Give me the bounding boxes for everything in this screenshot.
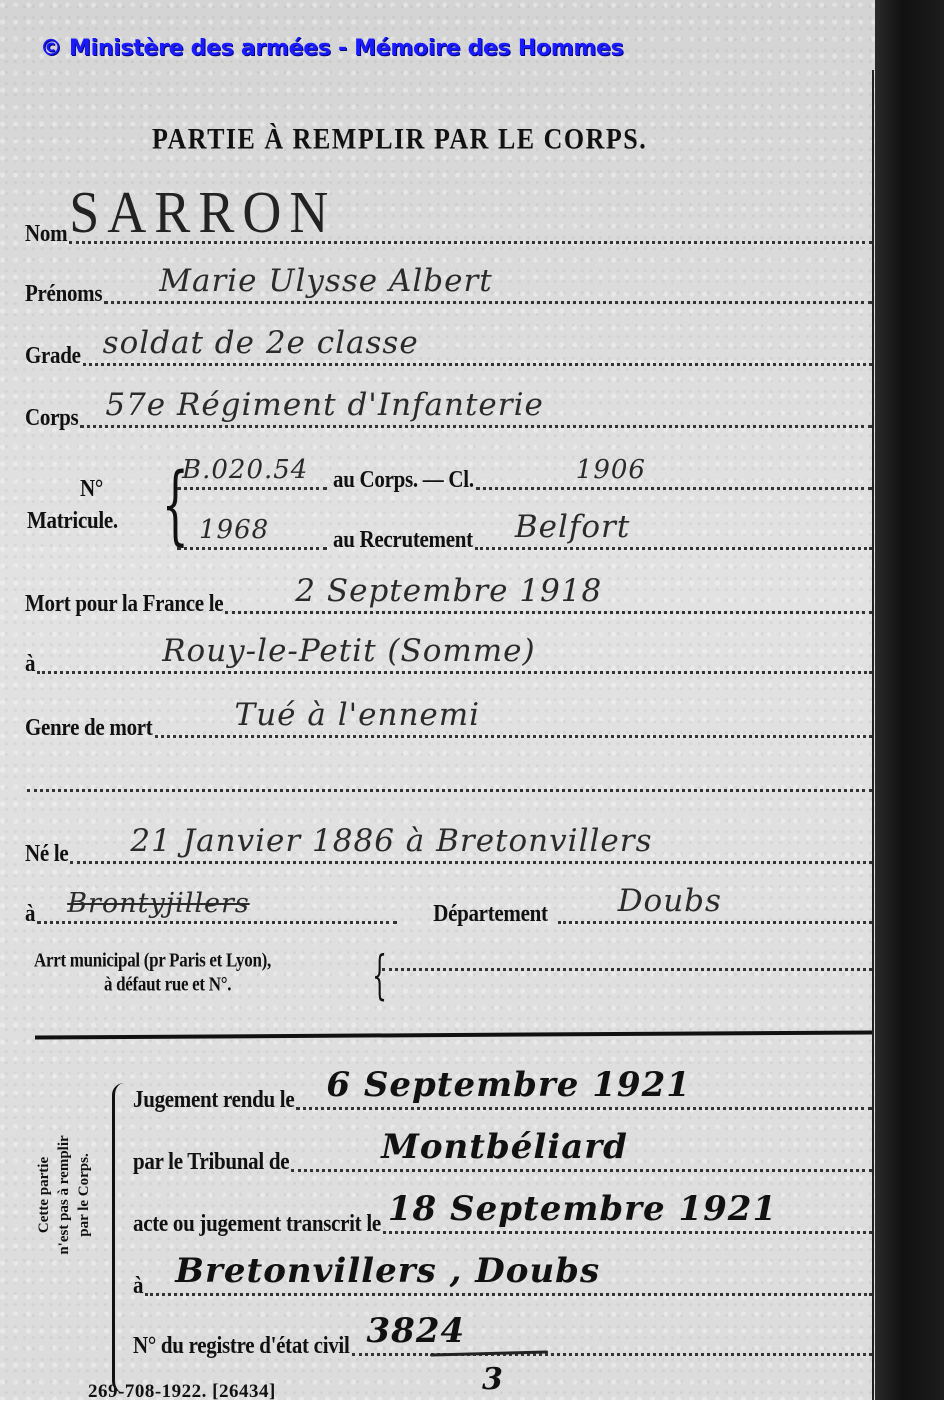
genre-mort-label: Genre de mort [25, 713, 153, 742]
au-corps-label: au Corps. — Cl. [333, 465, 474, 494]
lieu-transcription-value: Bretonvillers , Doubs [175, 1251, 600, 1291]
nom-dots: SARRON [69, 241, 872, 244]
departement-dots: Doubs [558, 921, 872, 924]
court-section-bracket [112, 1083, 124, 1393]
arrondissement-label-2: à défaut rue et N°. [104, 973, 231, 996]
court-section-note: Cette partie n'est pas à remplir par le … [34, 1100, 94, 1290]
lieu-mort-label: à [25, 649, 35, 678]
corps-dots: 57e Régiment d'Infanterie [80, 425, 872, 428]
naissance-value: 21 Janvier 1886 à Bretonvillers [130, 823, 652, 859]
jugement-value: 6 Septembre 1921 [326, 1065, 691, 1105]
death-record-card: © Ministère des armées - Mémoire des Hom… [0, 0, 944, 1417]
lieu-transcription-label: à [133, 1271, 143, 1300]
field-tribunal: par le Tribunal de Montbéliard [133, 1134, 872, 1176]
transcrit-dots: 18 Septembre 1921 [383, 1231, 872, 1234]
recrutement-value: Belfort [515, 509, 630, 545]
recrutement-number: 1968 [199, 515, 269, 545]
grade-dots: soldat de 2e classe [83, 363, 872, 366]
lieu-naissance-label: à [25, 899, 35, 928]
jugement-dots: 6 Septembre 1921 [296, 1107, 872, 1110]
naissance-label: Né le [25, 839, 68, 868]
classe-value: 1906 [576, 455, 646, 485]
lieu-mort-dots: Rouy-le-Petit (Somme) [37, 671, 872, 674]
departement-label: Département [433, 899, 548, 928]
arrondissement-dots [382, 968, 872, 971]
mort-label: Mort pour la France le [25, 589, 223, 618]
corps-label: Corps [25, 403, 78, 432]
departement-value: Doubs [618, 883, 722, 919]
field-prenoms: Prénoms Marie Ulysse Albert [25, 268, 872, 308]
copyright-watermark: © Ministère des armées - Mémoire des Hom… [40, 36, 623, 61]
matricule-label: Matricule. [27, 506, 118, 535]
nom-value: SARRON [69, 178, 336, 246]
field-corps: Corps 57e Régiment d'Infanterie [25, 392, 872, 432]
field-arrondissement [380, 955, 872, 975]
field-matricule-corps: B.020.54 au Corps. — Cl. 1906 [175, 458, 872, 494]
side-note-line-2: n'est pas à remplir [54, 1100, 74, 1290]
registre-sub-value: 3 [482, 1362, 504, 1397]
registre-value: 3824 [367, 1311, 466, 1351]
field-lieu-transcription: à Bretonvillers , Doubs [133, 1258, 872, 1300]
form-heading: PARTIE À REMPLIR PAR LE CORPS. [152, 122, 647, 157]
corps-value: 57e Régiment d'Infanterie [105, 387, 544, 423]
side-note-line-3: par le Corps. [74, 1100, 94, 1290]
transcrit-label: acte ou jugement transcrit le [133, 1209, 381, 1238]
lieu-mort-value: Rouy-le-Petit (Somme) [162, 633, 535, 669]
genre-mort-value: Tué à l'ennemi [235, 697, 481, 733]
tribunal-value: Montbéliard [381, 1127, 628, 1167]
tribunal-dots: Montbéliard [291, 1169, 872, 1172]
field-lieu-naissance: à Brontyjillers Département Doubs [25, 888, 872, 928]
field-genre-mort: Genre de mort Tué à l'ennemi [25, 702, 872, 742]
recrutement-dots: Belfort [475, 547, 872, 550]
mort-value: 2 Septembre 1918 [295, 573, 602, 609]
grade-label: Grade [25, 341, 81, 370]
tribunal-label: par le Tribunal de [133, 1147, 289, 1176]
prenoms-value: Marie Ulysse Albert [159, 263, 493, 299]
field-lieu-mort: à Rouy-le-Petit (Somme) [25, 638, 872, 678]
prenoms-dots: Marie Ulysse Albert [104, 301, 872, 304]
field-mort: Mort pour la France le 2 Septembre 1918 [25, 578, 872, 618]
matricule-recrutement-dots: 1968 [177, 547, 327, 550]
field-jugement: Jugement rendu le 6 Septembre 1921 [133, 1072, 872, 1114]
matricule-label-no: N° [80, 474, 103, 503]
scan-dark-edge [875, 0, 944, 1400]
mort-dots: 2 Septembre 1918 [225, 611, 872, 614]
blank-dots [27, 789, 872, 792]
nom-label: Nom [25, 219, 67, 248]
matricule-corps-number: B.020.54 [182, 455, 308, 485]
grade-value: soldat de 2e classe [103, 325, 419, 361]
transcrit-value: 18 Septembre 1921 [388, 1189, 777, 1229]
arrondissement-label-1: Arrt municipal (pr Paris et Lyon), [34, 949, 271, 972]
naissance-dots: 21 Janvier 1886 à Bretonvillers [70, 861, 872, 864]
registre-label: N° du registre d'état civil [133, 1331, 350, 1360]
field-blank-line [25, 768, 872, 796]
matricule-corps-dots: B.020.54 [177, 487, 327, 490]
classe-dots: 1906 [476, 487, 872, 490]
section-separator [35, 1030, 872, 1039]
side-note-line-1: Cette partie [34, 1100, 54, 1290]
lieu-transcription-dots: Bretonvillers , Doubs [145, 1293, 872, 1296]
field-nom: Nom SARRON [25, 200, 872, 248]
card-border-line [872, 70, 874, 1400]
scan-bottom-margin [0, 1400, 944, 1417]
field-naissance: Né le 21 Janvier 1886 à Bretonvillers [25, 828, 872, 868]
genre-mort-dots: Tué à l'ennemi [155, 735, 872, 738]
lieu-naissance-value: Brontyjillers [67, 888, 250, 919]
field-grade: Grade soldat de 2e classe [25, 330, 872, 370]
au-recrutement-label: au Recrutement [333, 525, 473, 554]
jugement-label: Jugement rendu le [133, 1085, 294, 1114]
lieu-naissance-dots: Brontyjillers [37, 921, 397, 924]
prenoms-label: Prénoms [25, 279, 102, 308]
field-matricule-recrutement: 1968 au Recrutement Belfort [175, 518, 872, 554]
field-transcrit: acte ou jugement transcrit le 18 Septemb… [133, 1196, 872, 1238]
